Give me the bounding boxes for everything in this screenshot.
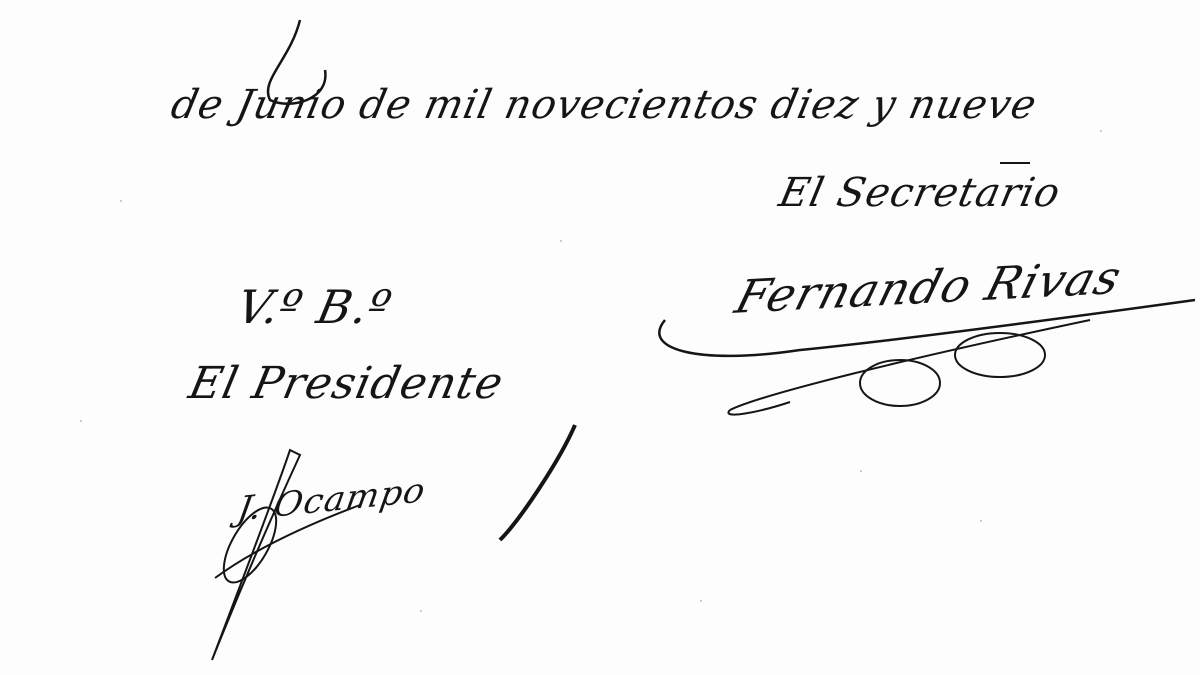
approval-mark: V.º B.º	[232, 280, 397, 334]
secretary-signature: Fernando Rivas	[730, 250, 1128, 324]
secretary-title: El Secretario	[775, 170, 1065, 216]
president-signature: J. Ocampo	[235, 471, 429, 530]
date-line: de Junio de mil novecientos diez y nueve	[167, 82, 1041, 128]
president-flourish-icon	[212, 450, 300, 660]
president-title: El Presidente	[185, 358, 509, 409]
handwritten-document: de Junio de mil novecientos diez y nueve…	[0, 0, 1200, 675]
